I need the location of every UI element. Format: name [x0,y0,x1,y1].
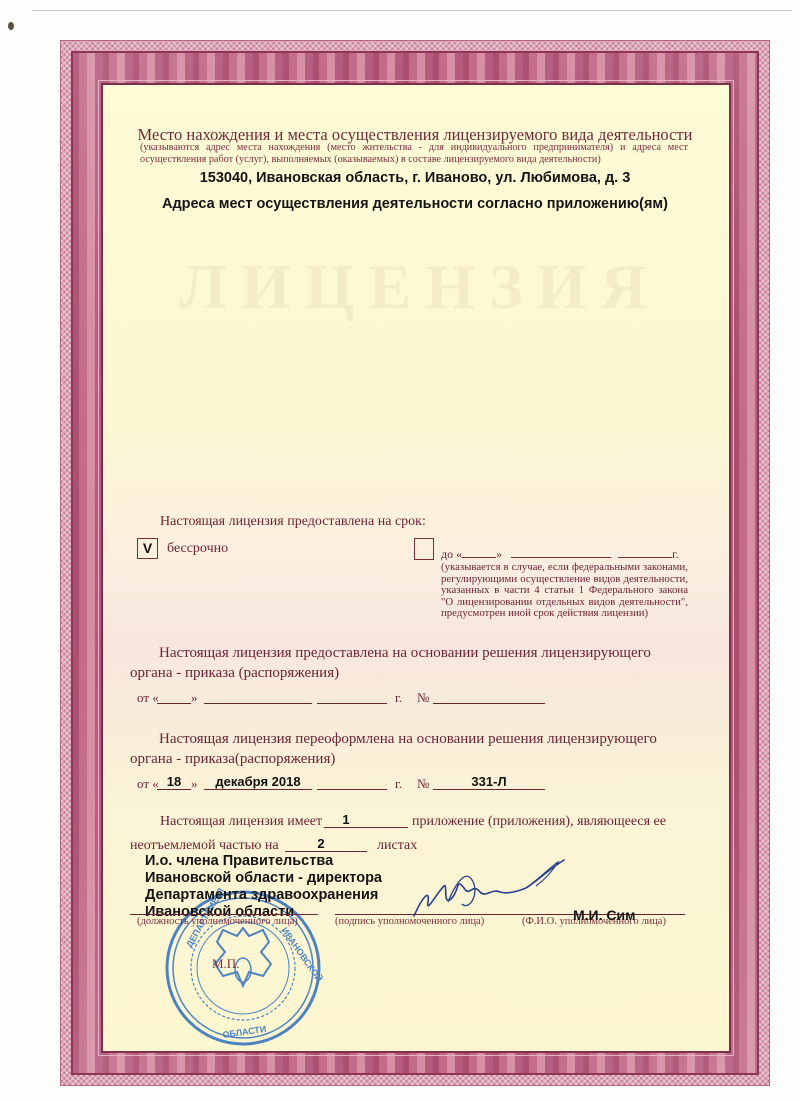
appendix-count: 1 [324,812,368,827]
appendix-line: Настоящая лицензия имеет 1 приложение (п… [160,814,680,832]
watermark: ЛИЦЕНЗИЯ [160,250,680,324]
granted-year-blank [317,690,387,704]
seal-place-label: М.П. [212,956,239,972]
scan-edge-line [32,10,792,11]
location-note: (указываются адрес места нахождения (мес… [140,142,688,166]
reissued-month-year: декабря 2018 [204,774,312,789]
license-address: 153040, Ивановская область, г. Иваново, … [100,170,730,186]
permanent-label: бессрочно [167,541,228,557]
term-title: Настоящая лицензия предоставлена на срок… [160,514,426,530]
granted-basis-text: Настоящая лицензия предоставлена на осно… [130,643,685,683]
check-mark: V [138,539,157,558]
until-month-blank [511,548,611,558]
handwritten-signature [408,858,568,920]
granted-day-blank [157,690,191,704]
granted-month-blank [204,690,312,704]
granted-basis-line: от « » г. № [137,690,557,708]
addresses-note: Адреса мест осуществления деятельности с… [100,196,730,212]
appendix-sheets: 2 [285,836,357,851]
until-day-blank [462,548,496,558]
until-date-line: до «» г. [441,547,689,562]
signatory-name: М.И. Сим [573,907,635,923]
until-year-blank [618,548,672,558]
scan-dust-mark [8,22,14,30]
reissued-basis-text: Настоящая лицензия переоформлена на осно… [130,729,685,769]
reissued-number: 331-Л [433,774,545,789]
reissued-year-blank [317,776,387,790]
reissued-basis-line: от « 18 » декабря 2018 г. № 331-Л [137,776,557,794]
until-note: (указывается в случае, если федеральными… [441,562,688,620]
permanent-checkbox: V [137,538,158,559]
position-caption: (должность уполномоченного лица) [137,916,298,927]
reissued-day: 18 [157,774,191,789]
signatory-position: И.о. члена Правительства Ивановской обла… [145,853,382,921]
granted-number-blank [433,690,545,704]
until-checkbox [414,538,434,560]
